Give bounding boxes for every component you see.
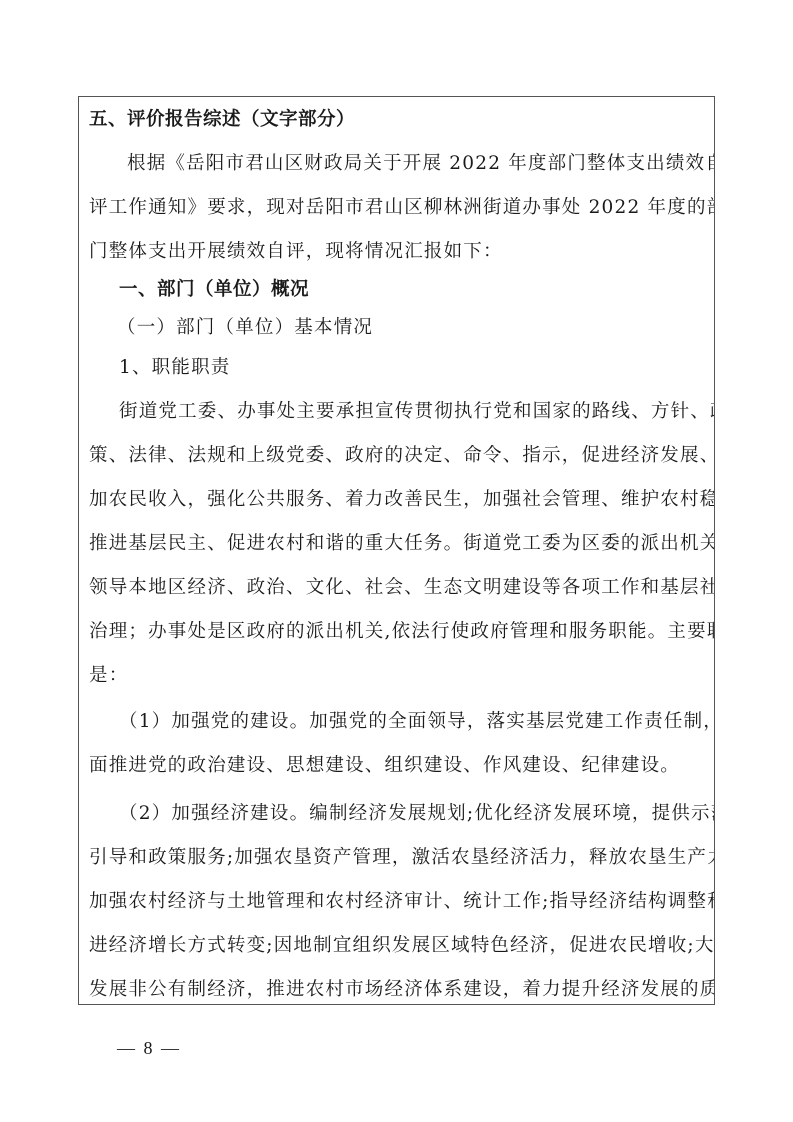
page-number: — 8 — bbox=[117, 1036, 181, 1060]
report-frame-lower bbox=[78, 96, 715, 1005]
